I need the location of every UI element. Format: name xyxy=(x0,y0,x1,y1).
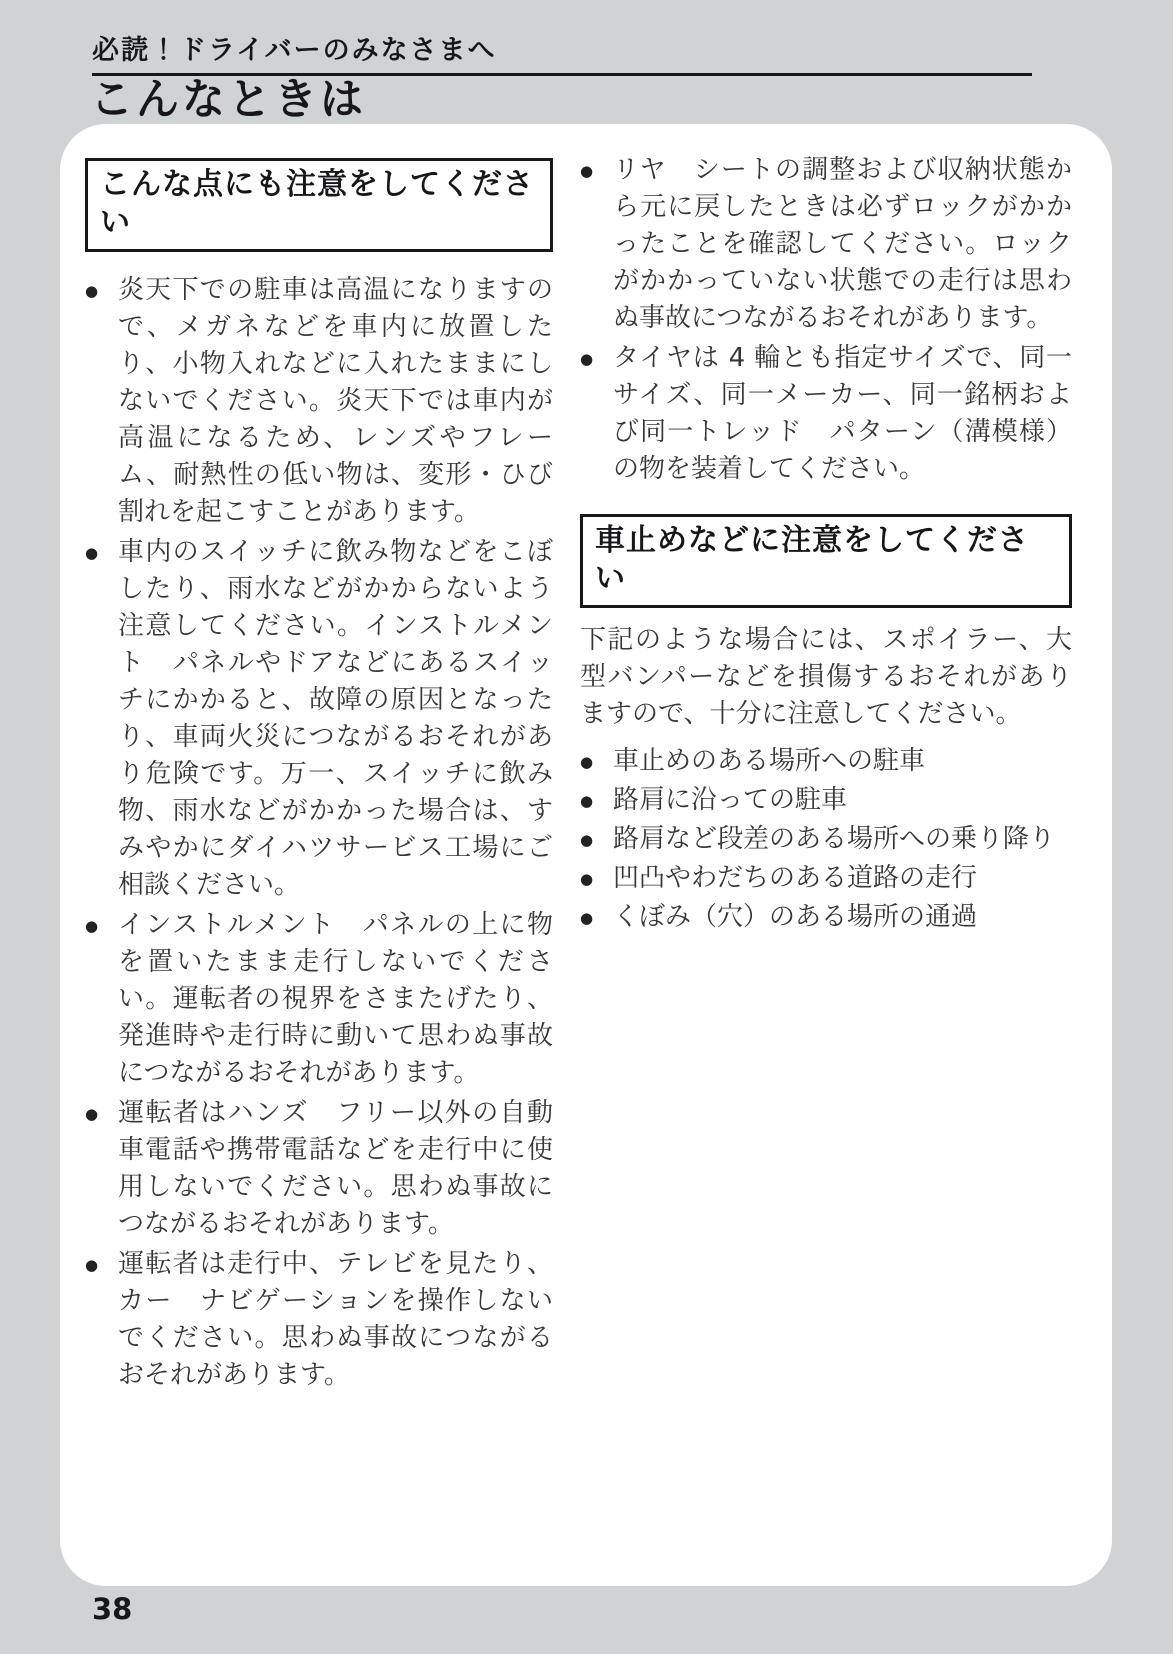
list-item: ● 車止めのある場所への駐車 xyxy=(580,743,1072,781)
list-item: ● 運転者は走行中、テレビを見たり、カー ナビゲーションを操作しないでください。… xyxy=(85,1246,553,1394)
bullet-icon: ● xyxy=(580,899,613,937)
wheel-stop-situations-list: ● 車止めのある場所への駐車 ● 路肩に沿っての駐車 ● 路肩など段差のある場所… xyxy=(580,743,1072,937)
list-item: ● タイヤは 4 輪とも指定サイズで、同一サイズ、同一メーカー、同一銘柄および同… xyxy=(580,340,1072,488)
page-number: 38 xyxy=(92,1592,132,1626)
right-column: ● リヤ シートの調整および収納状態から元に戻したときは必ずロックがかかったこと… xyxy=(580,152,1072,938)
list-item-text: くぼみ（穴）のある場所の通過 xyxy=(613,899,1072,936)
section-heading-caution-points: こんな点にも注意をしてください xyxy=(85,158,553,252)
list-item: ● 運転者はハンズ フリー以外の自動車電話や携帯電話などを走行中に使用しないでく… xyxy=(85,1095,553,1243)
caution-points-list-continued: ● リヤ シートの調整および収納状態から元に戻したときは必ずロックがかかったこと… xyxy=(580,152,1072,488)
bullet-icon: ● xyxy=(85,1095,118,1133)
bullet-icon: ● xyxy=(580,821,613,859)
list-item-text: リヤ シートの調整および収納状態から元に戻したときは必ずロックがかかったことを確… xyxy=(613,152,1072,337)
manual-page: 必読！ドライバーのみなさまへ こんなときは こんな点にも注意をしてください ● … xyxy=(0,0,1173,1654)
caution-points-list: ● 炎天下での駐車は高温になりますので、メガネなどを車内に放置したり、小物入れな… xyxy=(85,272,553,1394)
bullet-icon: ● xyxy=(580,340,613,378)
list-item-text: 運転者はハンズ フリー以外の自動車電話や携帯電話などを走行中に使用しないでくださ… xyxy=(118,1095,553,1243)
list-item: ● 凹凸やわだちのある道路の走行 xyxy=(580,860,1072,898)
list-item: ● インストルメント パネルの上に物を置いたまま走行しないでください。運転者の視… xyxy=(85,907,553,1092)
list-item: ● 車内のスイッチに飲み物などをこぼしたり、雨水などがかからないよう注意してくだ… xyxy=(85,534,553,904)
list-item-text: 路肩など段差のある場所への乗り降り xyxy=(613,821,1072,858)
list-item-text: タイヤは 4 輪とも指定サイズで、同一サイズ、同一メーカー、同一銘柄および同一ト… xyxy=(613,340,1072,488)
bullet-icon: ● xyxy=(85,534,118,572)
page-title: こんなときは xyxy=(90,66,366,127)
list-item-text: インストルメント パネルの上に物を置いたまま走行しないでください。運転者の視界を… xyxy=(118,907,553,1092)
list-item-text: 車内のスイッチに飲み物などをこぼしたり、雨水などがかからないよう注意してください… xyxy=(118,534,553,904)
section-intro-text: 下記のような場合には、スポイラー、大型バンパーなどを損傷するおそれがありますので… xyxy=(580,622,1072,733)
bullet-icon: ● xyxy=(85,272,118,310)
list-item: ● くぼみ（穴）のある場所の通過 xyxy=(580,899,1072,937)
list-item: ● 路肩に沿っての駐車 xyxy=(580,782,1072,820)
list-item-text: 炎天下での駐車は高温になりますので、メガネなどを車内に放置したり、小物入れなどに… xyxy=(118,272,553,531)
list-item: ● 炎天下での駐車は高温になりますので、メガネなどを車内に放置したり、小物入れな… xyxy=(85,272,553,531)
bullet-icon: ● xyxy=(580,860,613,898)
list-item-text: 運転者は走行中、テレビを見たり、カー ナビゲーションを操作しないでください。思わ… xyxy=(118,1246,553,1394)
list-item-text: 路肩に沿っての駐車 xyxy=(613,782,1072,819)
bullet-icon: ● xyxy=(580,743,613,781)
bullet-icon: ● xyxy=(580,782,613,820)
bullet-icon: ● xyxy=(85,1246,118,1284)
list-item: ● 路肩など段差のある場所への乗り降り xyxy=(580,821,1072,859)
left-column: こんな点にも注意をしてください ● 炎天下での駐車は高温になりますので、メガネな… xyxy=(85,158,553,1397)
bullet-icon: ● xyxy=(85,907,118,945)
list-item-text: 車止めのある場所への駐車 xyxy=(613,743,1072,780)
list-item: ● リヤ シートの調整および収納状態から元に戻したときは必ずロックがかかったこと… xyxy=(580,152,1072,337)
bullet-icon: ● xyxy=(580,152,613,190)
content-panel: こんな点にも注意をしてください ● 炎天下での駐車は高温になりますので、メガネな… xyxy=(60,124,1112,1586)
section-heading-wheel-stops: 車止めなどに注意をしてください xyxy=(580,514,1072,608)
list-item-text: 凹凸やわだちのある道路の走行 xyxy=(613,860,1072,897)
